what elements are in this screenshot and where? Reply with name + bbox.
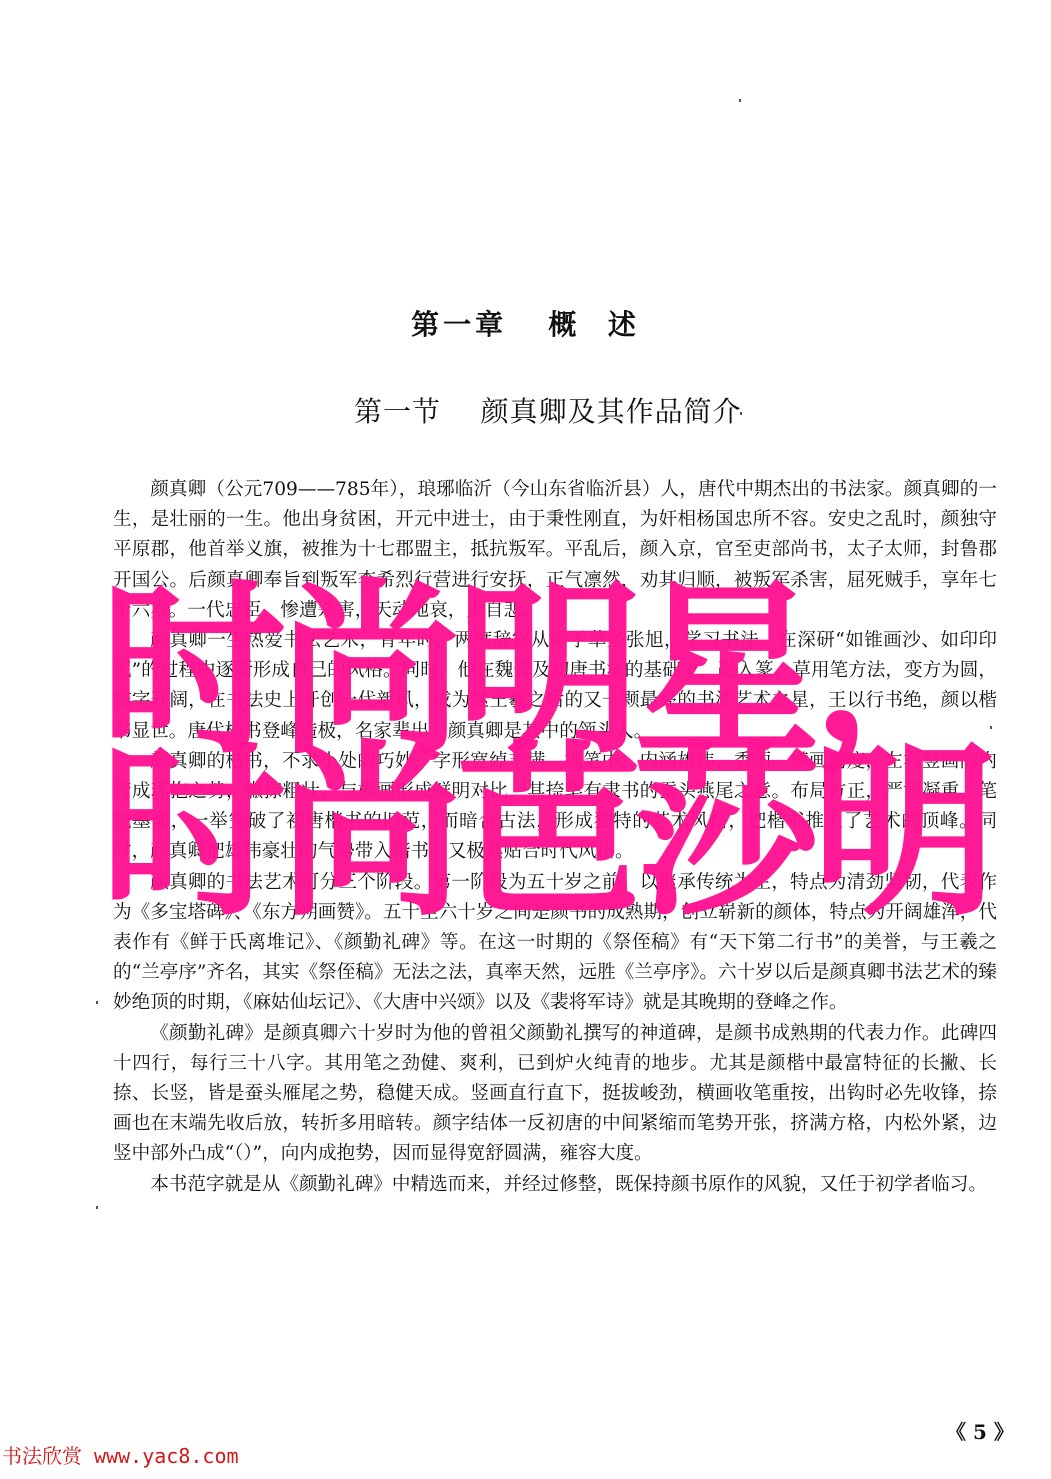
- scan-speck: [96, 1206, 98, 1209]
- scanned-book-page: 第一章 概 述 第一节 颜真卿及其作品简介 颜真卿（公元709——785年），琅…: [0, 0, 1051, 1479]
- overlay-banner-line-2: 时尚芭莎明: [100, 740, 990, 926]
- paragraph-yanqinli-stele: 《颜勤礼碑》是颜真卿六十岁时为他的曾祖父颜勤礼撰写的神道碑，是颜书成熟期的代表力…: [113, 1019, 997, 1170]
- scan-speck: [96, 1001, 98, 1004]
- section-title: 第一节 颜真卿及其作品简介: [354, 390, 742, 430]
- page-number: 《 5 》: [946, 1416, 1014, 1445]
- scan-speck: [739, 99, 741, 102]
- paragraph-book-purpose: 本书范字就是从《颜勤礼碑》中精选而来，并经过修整，既保持颜书原作的风貌，又任于初…: [113, 1170, 997, 1200]
- chapter-title: 第一章 概 述: [0, 303, 1051, 343]
- site-watermark: 书法欣赏 www.yac8.com: [2, 1440, 239, 1469]
